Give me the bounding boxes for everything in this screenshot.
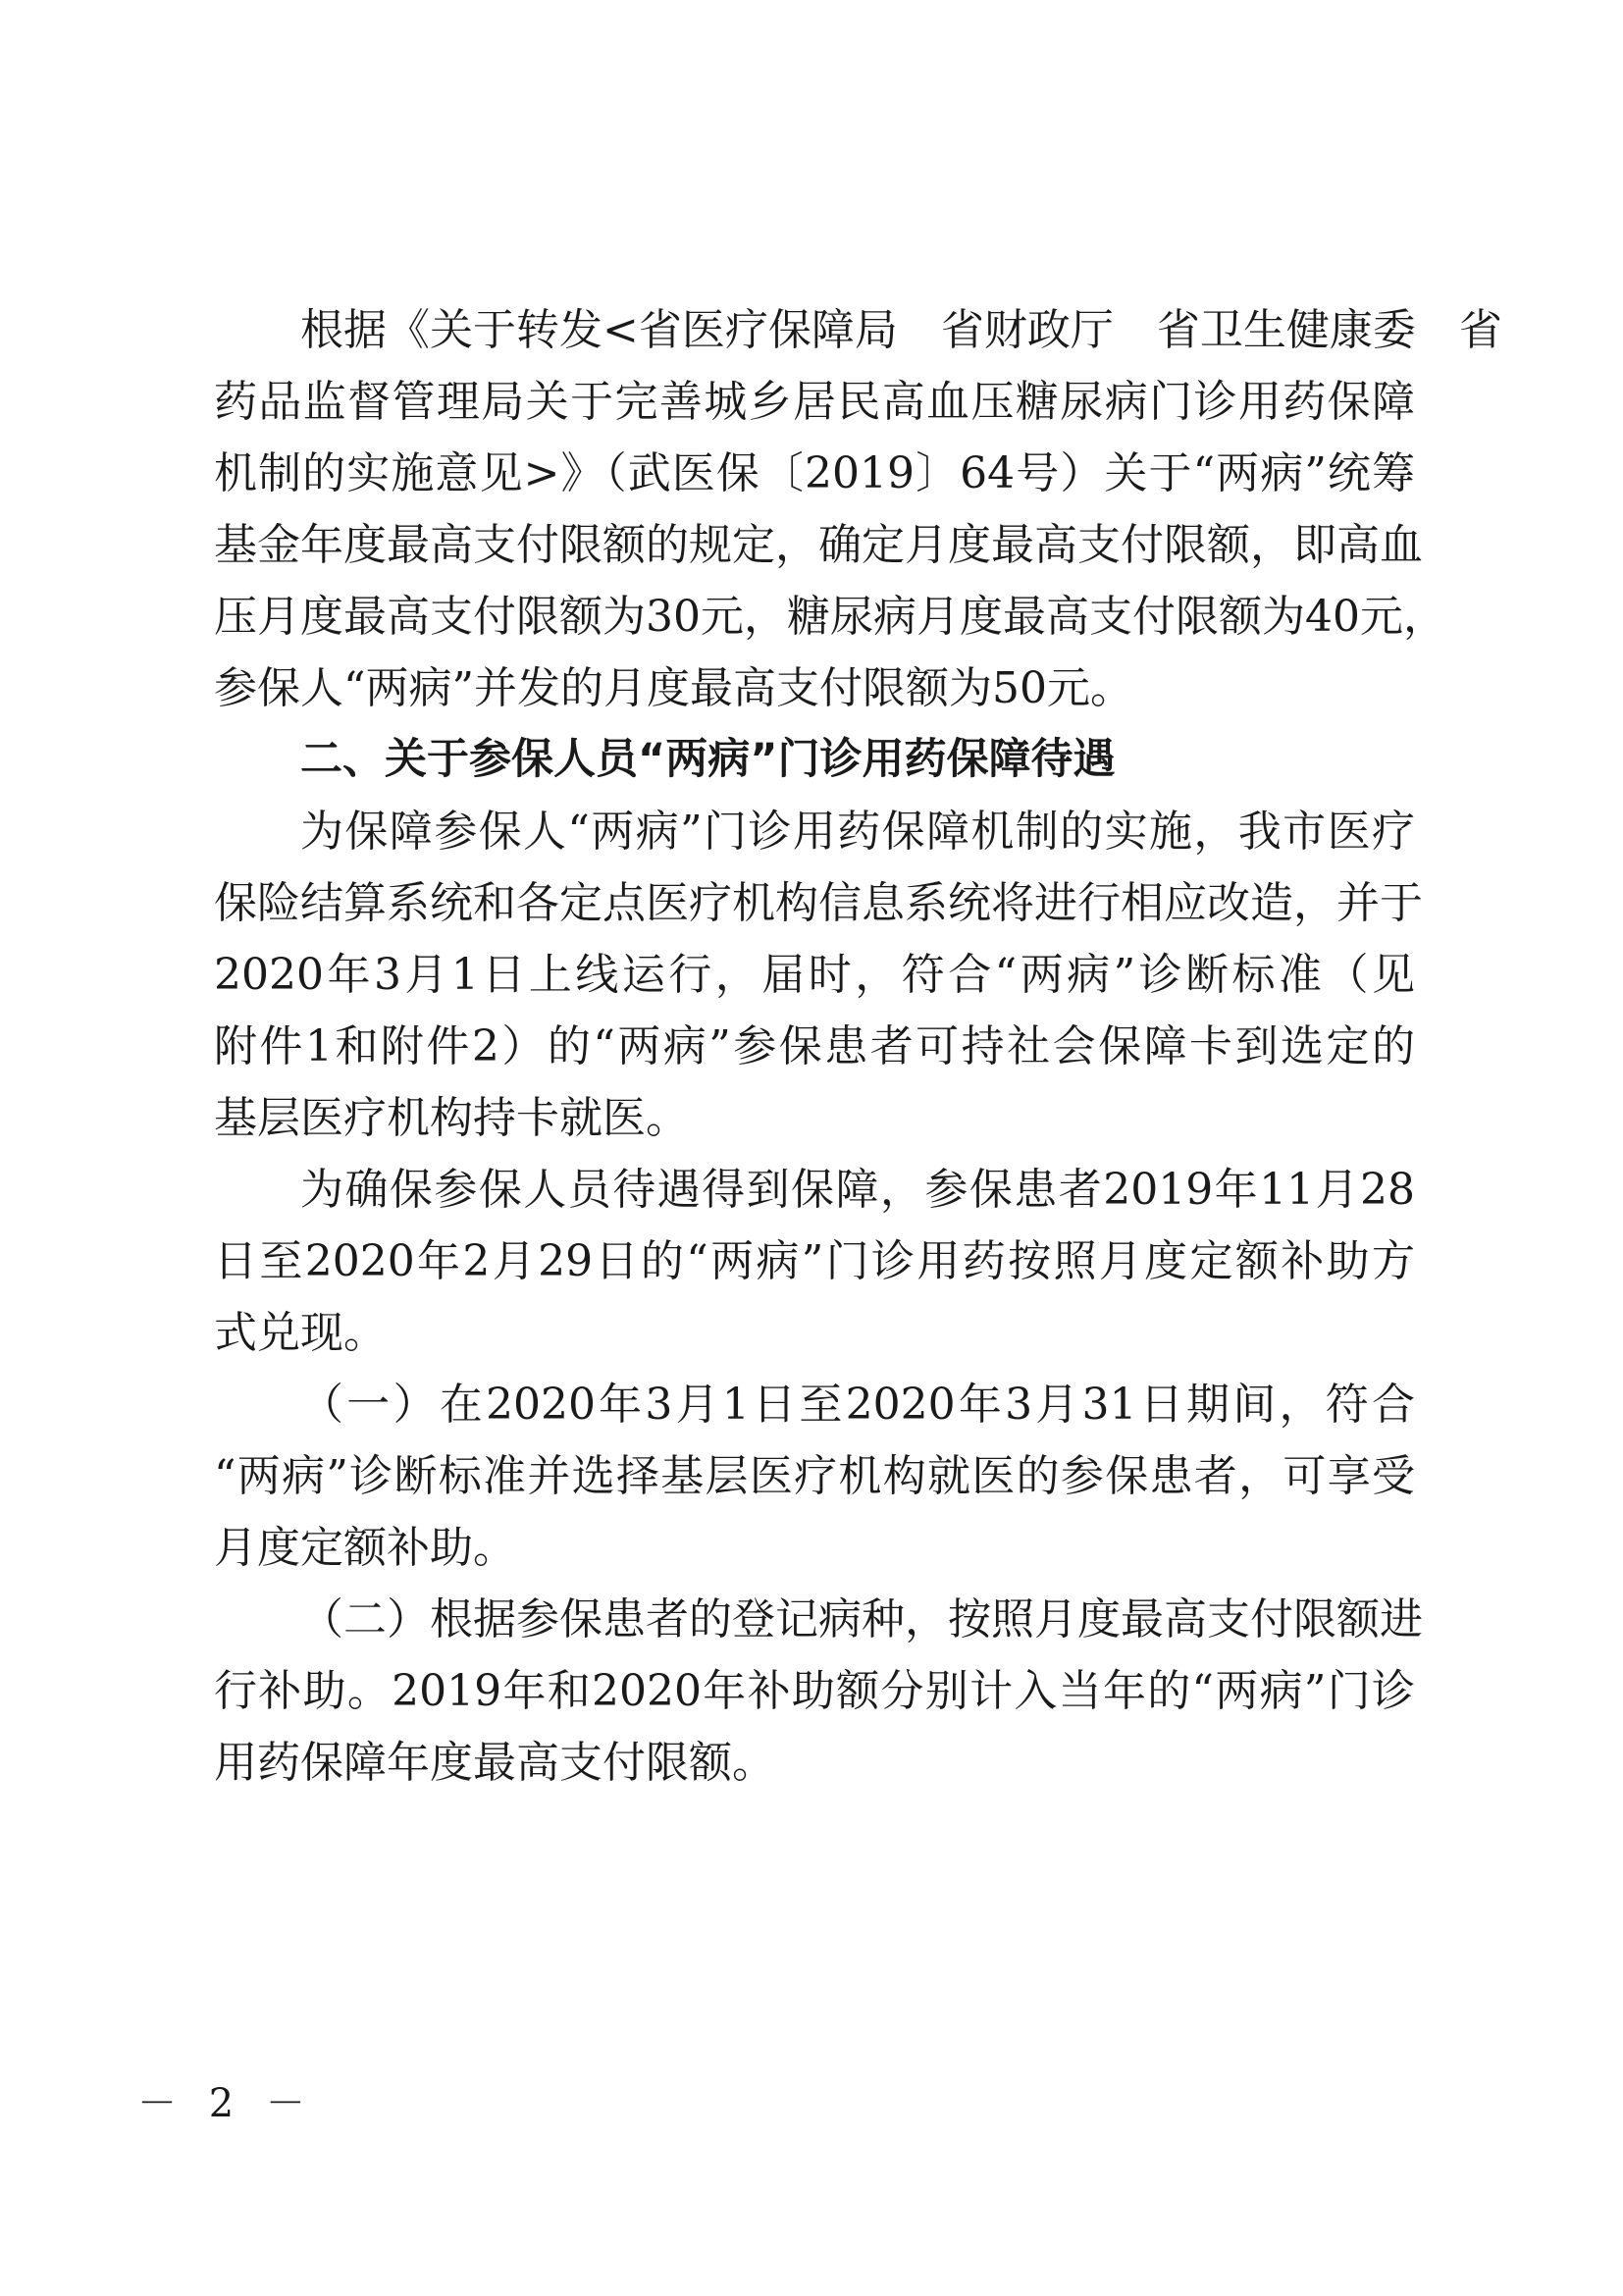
paragraph-line: 月度定额补助。 xyxy=(214,1512,1415,1584)
paragraph-line: 基层医疗机构持卡就医。 xyxy=(214,1082,1415,1154)
paragraph-line: 行补助。2019年和2020年补助额分别计入当年的“两病”门诊 xyxy=(214,1655,1415,1727)
paragraph-line: 压月度最高支付限额为30元，糖尿病月度最高支付限额为40元， xyxy=(214,581,1415,652)
paragraph-line: 根据《关于转发<省医疗保障局 省财政厅 省卫生健康委 省 xyxy=(214,294,1415,366)
paragraph-line: 基金年度最高支付限额的规定，确定月度最高支付限额，即高血 xyxy=(214,509,1415,581)
document-body: 根据《关于转发<省医疗保障局 省财政厅 省卫生健康委 省 药品监督管理局关于完善… xyxy=(214,294,1415,1799)
paragraph-line: 药品监督管理局关于完善城乡居民高血压糖尿病门诊用药保障 xyxy=(214,366,1415,438)
document-page: 根据《关于转发<省医疗保障局 省财政厅 省卫生健康委 省 药品监督管理局关于完善… xyxy=(0,0,1623,2296)
paragraph-line: 参保人“两病”并发的月度最高支付限额为50元。 xyxy=(214,652,1415,724)
paragraph-line: 为保障参保人“两病”门诊用药保障机制的实施，我市医疗 xyxy=(214,796,1415,867)
paragraph-line: “两病”诊断标准并选择基层医疗机构就医的参保患者，可享受 xyxy=(214,1440,1415,1512)
paragraph-line: 日至2020年2月29日的“两病”门诊用药按照月度定额补助方 xyxy=(214,1226,1415,1297)
paragraph-line: 式兑现。 xyxy=(214,1297,1415,1369)
paragraph-line: 2020年3月1日上线运行，届时，符合“两病”诊断标准（见 xyxy=(214,939,1415,1011)
paragraph-line: 为确保参保人员待遇得到保障，参保患者2019年11月28 xyxy=(214,1154,1415,1226)
paragraph-line: 机制的实施意见>》（武医保〔2019〕64号）关于“两病”统筹 xyxy=(214,438,1415,509)
section-heading: 二、关于参保人员“两病”门诊用药保障待遇 xyxy=(214,724,1415,796)
paragraph-line: （二）根据参保患者的登记病种，按照月度最高支付限额进 xyxy=(214,1584,1415,1655)
paragraph-line: 保险结算系统和各定点医疗机构信息系统将进行相应改造，并于 xyxy=(214,867,1415,939)
paragraph-line: 用药保障年度最高支付限额。 xyxy=(214,1727,1415,1799)
paragraph-line: （一）在2020年3月1日至2020年3月31日期间，符合 xyxy=(214,1369,1415,1440)
paragraph-line: 附件1和附件2）的“两病”参保患者可持社会保障卡到选定的 xyxy=(214,1011,1415,1082)
page-number: － 2 － xyxy=(137,2072,315,2128)
